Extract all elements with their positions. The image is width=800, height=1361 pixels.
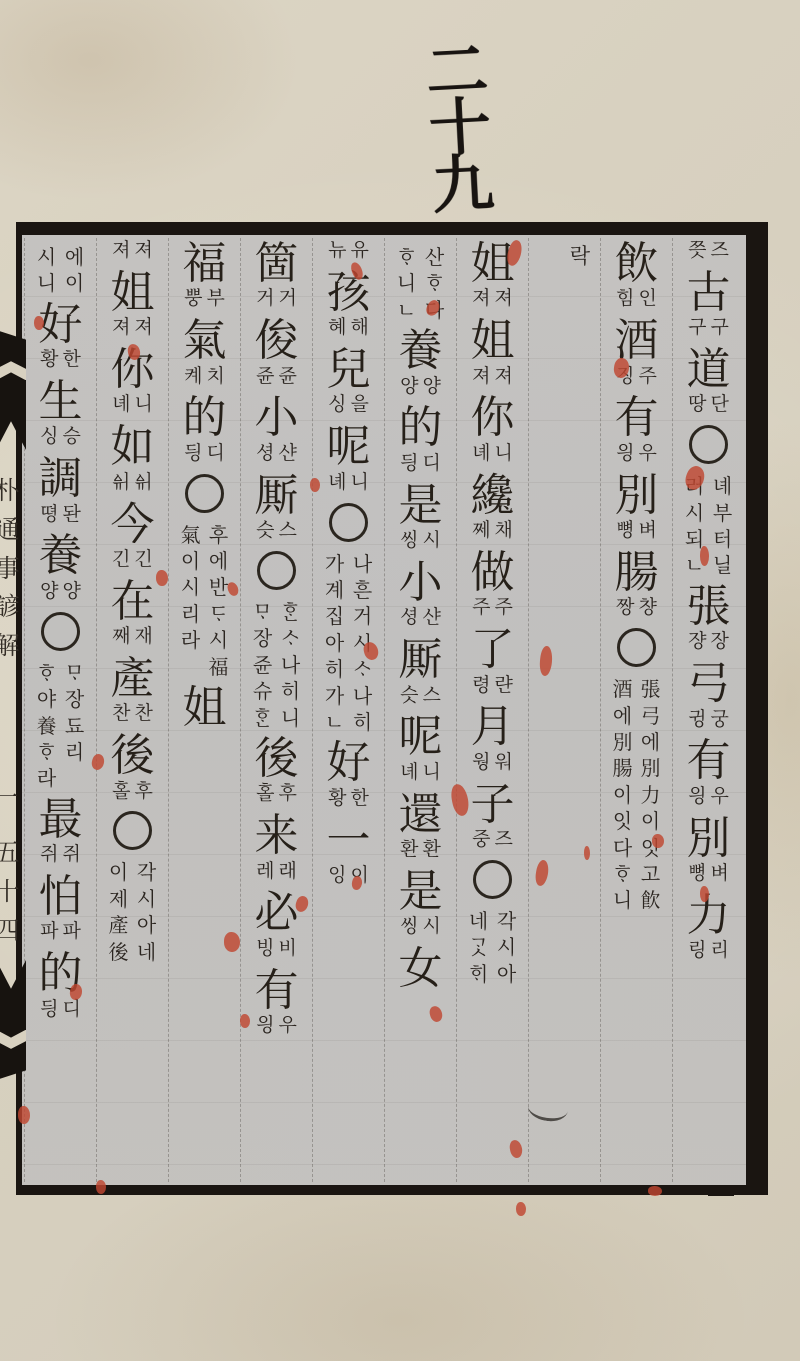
vermillion-mark <box>156 570 168 586</box>
translation-text: 氣이시리라후에반ᄃᆞ시福 <box>169 522 240 680</box>
vermillion-mark <box>310 478 320 492</box>
text-column-7: 箇거거俊쥰쥰小셩샨厮슷스ᄆᆞ장쥰슈ᄒᆞᆫᄒᆞᆫᄉᆞ나히니後홀후来레래必빙비有읭우 <box>240 238 312 1182</box>
wrapped-gloss-pair: 져져 <box>97 240 168 262</box>
hanzi-char: 是씽시 <box>385 482 456 552</box>
pronunciation-gloss-pair: 녜니 <box>313 472 384 494</box>
hanzi-char: 在째재 <box>97 578 168 648</box>
pronunciation-gloss-pair: 딍디 <box>25 999 96 1021</box>
pronunciation-gloss-pair: 쩨채 <box>457 520 528 542</box>
section-circle <box>185 474 224 513</box>
hanzi-char: 別뼝벼 <box>601 472 672 542</box>
pronunciation-gloss-pair: 뼝벼 <box>601 520 672 542</box>
pronunciation-gloss-pair: 징주 <box>601 366 672 388</box>
pronunciation-gloss-pair: 슷스 <box>241 520 312 542</box>
vermillion-mark <box>516 1202 526 1216</box>
section-circle <box>473 860 512 899</box>
hanzi-char: 小셩샨 <box>385 559 456 629</box>
translation-text: ᄆᆞ장쥰슈ᄒᆞᆫᄒᆞᆫᄉᆞ나히니 <box>241 599 312 731</box>
scanned-book-page: 二十九 쯧즈古구구道땅단러시되ㄴ녜부터닐張쟝장弓귕궁有읭우別뼝벼力링리飲힘인酒징… <box>0 0 800 1361</box>
pronunciation-gloss-pair: 땅단 <box>673 394 744 416</box>
pronunciation-gloss-pair: 읭우 <box>241 1015 312 1037</box>
hanzi-char: 養양양 <box>385 327 456 397</box>
pronunciation-gloss-pair: 쥐쥐 <box>25 844 96 866</box>
pronunciation-gloss-pair: 싱을 <box>313 394 384 416</box>
hanzi-char: 姐져져 <box>457 317 528 387</box>
hanzi-char: 產찬찬 <box>97 655 168 725</box>
pronunciation-gloss-pair: 켸치 <box>169 366 240 388</box>
hanzi-char: 了령랸 <box>457 626 528 696</box>
pronunciation-gloss-pair: 씽시 <box>385 916 456 938</box>
hanzi-char: 氣켸치 <box>169 317 240 387</box>
hanzi-char: 兒싱을 <box>313 346 384 416</box>
text-column-3: 락 <box>528 238 600 1182</box>
hanzi-char: 弓귕궁 <box>673 660 744 730</box>
text-column-9: 져져姐져져你녜니如ᅀᆔᅀᆔ今긴긴在째재產찬찬後홀후이제產後각시아네 <box>96 238 168 1182</box>
spine-volume-mark: 一 <box>0 782 22 816</box>
pronunciation-gloss-pair: 힘인 <box>601 288 672 310</box>
hanzi-char: 別뼝벼 <box>673 815 744 885</box>
hanzi-char: 姐져져 <box>97 269 168 339</box>
pronunciation-gloss-pair: 딍디 <box>385 453 456 475</box>
hanzi-char: 纔쩨채 <box>457 472 528 542</box>
section-circle <box>617 628 656 667</box>
hanzi-char: 道땅단 <box>673 346 744 416</box>
handwritten-folio-number: 二十九 <box>414 40 503 215</box>
translation-text: ᄒᆞ야養ᄒᆞ라ᄆᆞ장됴리 <box>25 660 96 792</box>
hanzi-char: 一잉이 <box>313 817 384 887</box>
hanzi-char: 怕파파 <box>25 873 96 943</box>
hanzi-char: 箇거거 <box>241 240 312 310</box>
vermillion-mark <box>700 546 709 566</box>
pronunciation-gloss-pair: 홀후 <box>97 781 168 803</box>
hanzi-char: 今긴긴 <box>97 501 168 571</box>
text-frame: 쯧즈古구구道땅단러시되ㄴ녜부터닐張쟝장弓귕궁有읭우別뼝벼力링리飲힘인酒징주有읭우… <box>16 222 768 1195</box>
pronunciation-gloss-pair: 홀후 <box>241 783 312 805</box>
hanzi-char: 的딍디 <box>25 950 96 1020</box>
pronunciation-gloss-pair: 째재 <box>97 626 168 648</box>
pronunciation-gloss-pair: 셩샨 <box>385 607 456 629</box>
vermillion-mark <box>584 846 590 860</box>
hanzi-char: 酒징주 <box>601 317 672 387</box>
spine-strip: 朴通事諺解 一 五十四 <box>0 222 28 1195</box>
wrapped-gloss-pair: 쯧즈 <box>673 240 744 262</box>
fishtail-icon <box>0 330 26 450</box>
pronunciation-gloss-pair: 환환 <box>385 839 456 861</box>
pronunciation-gloss-pair: 양양 <box>385 376 456 398</box>
text-column-4: 姐져져姐져져你녜니纔쩨채做주주了령랸月웡워子중즈네ᄀᆞᆺᄒᆡ각시아 <box>456 238 528 1182</box>
hanzi-char: 飲힘인 <box>601 240 672 310</box>
pronunciation-gloss-pair: 령랸 <box>457 675 528 697</box>
spine-page-number: 五十四 <box>0 834 22 950</box>
hanzi-char: 調뗭돤 <box>25 455 96 525</box>
hanzi-char: 厮슷스 <box>241 472 312 542</box>
hanzi-char: 如ᅀᆔᅀᆔ <box>97 423 168 493</box>
hanzi-char: 有읭우 <box>601 394 672 464</box>
hanzi-char: 張쟝장 <box>673 583 744 653</box>
hanzi-char: 好황한 <box>25 301 96 371</box>
pronunciation-gloss-pair: 쥰쥰 <box>241 366 312 388</box>
translation-text: 시니에이 <box>25 244 96 297</box>
vermillion-mark <box>18 1106 30 1124</box>
hanzi-char: 生싱승 <box>25 378 96 448</box>
hanzi-char: 的딍디 <box>169 394 240 464</box>
section-circle <box>689 425 728 464</box>
pronunciation-gloss-pair: 녜니 <box>97 394 168 416</box>
pronunciation-gloss-pair: 긴긴 <box>97 549 168 571</box>
vermillion-mark <box>648 1186 662 1196</box>
hanzi-char: 後홀후 <box>241 735 312 805</box>
hanzi-char: 是씽시 <box>385 868 456 938</box>
translation-text: ᄒᆞ니ㄴ산ᄒᆞ다 <box>385 244 456 323</box>
hanzi-char: 你녜니 <box>457 394 528 464</box>
vermillion-mark <box>240 1014 250 1028</box>
pronunciation-gloss-pair: ᅀᆔᅀᆔ <box>97 472 168 494</box>
vermillion-mark <box>652 834 664 848</box>
hanzi-char: 姐 <box>169 684 240 732</box>
hanzi-char: 来레래 <box>241 812 312 882</box>
pronunciation-gloss-pair: 져져 <box>457 366 528 388</box>
vermillion-mark <box>224 932 240 952</box>
pronunciation-gloss-pair: 읭우 <box>601 443 672 465</box>
pronunciation-gloss-pair: 슷스 <box>385 685 456 707</box>
section-circle <box>113 811 152 850</box>
hanzi-char: 還환환 <box>385 791 456 861</box>
text-column-5: ᄒᆞ니ㄴ산ᄒᆞ다養양양的딍디是씽시小셩샨厮슷스呢녜니還환환是씽시女 <box>384 238 456 1182</box>
pronunciation-gloss-pair: 져져 <box>97 317 168 339</box>
pronunciation-gloss-pair: 파파 <box>25 921 96 943</box>
pronunciation-gloss-pair: 빙비 <box>241 938 312 960</box>
pronunciation-gloss-pair: 황한 <box>313 788 384 810</box>
pronunciation-gloss-pair: 뼝벼 <box>673 863 744 885</box>
section-circle <box>329 503 368 542</box>
pronunciation-gloss-pair: 뿡부 <box>169 288 240 310</box>
vermillion-mark <box>34 316 44 330</box>
hanzi-char: 腸짱챵 <box>601 549 672 619</box>
spine-title: 朴通事諺解 <box>0 472 22 666</box>
hanzi-char: 小셩샨 <box>241 394 312 464</box>
hanzi-char: 最쥐쥐 <box>25 796 96 866</box>
hanzi-char: 古구구 <box>673 269 744 339</box>
hanzi-char: 養양양 <box>25 532 96 602</box>
pronunciation-gloss-pair: 황한 <box>25 349 96 371</box>
pronunciation-gloss-pair: 중즈 <box>457 829 528 851</box>
pronunciation-gloss-pair: 잉이 <box>313 865 384 887</box>
pronunciation-gloss-pair: 싱승 <box>25 426 96 448</box>
pronunciation-gloss-pair: 씽시 <box>385 530 456 552</box>
hanzi-char: 的딍디 <box>385 404 456 474</box>
pronunciation-gloss-pair: 주주 <box>457 597 528 619</box>
pronunciation-gloss-pair: 레래 <box>241 861 312 883</box>
hanzi-char: 女 <box>385 945 456 993</box>
hanzi-char: 力링리 <box>673 892 744 962</box>
hanzi-char: 有읭우 <box>673 737 744 807</box>
text-column-2: 飲힘인酒징주有읭우別뼝벼腸짱챵酒에別腸이잇다ᄒᆞ니張弓에別力이잇고飮 <box>600 238 672 1182</box>
section-circle <box>41 612 80 651</box>
overflow-syllable: 락 <box>529 240 600 270</box>
pronunciation-gloss-pair: 귕궁 <box>673 709 744 731</box>
pronunciation-gloss-pair: 구구 <box>673 317 744 339</box>
hanzi-char: 好황한 <box>313 739 384 809</box>
pronunciation-gloss-pair: 져져 <box>457 288 528 310</box>
hanzi-char: 厮슷스 <box>385 636 456 706</box>
pronunciation-gloss-pair: 셩샨 <box>241 443 312 465</box>
hanzi-char: 子중즈 <box>457 781 528 851</box>
pronunciation-gloss-pair: 링리 <box>673 940 744 962</box>
hanzi-char: 做주주 <box>457 549 528 619</box>
pronunciation-gloss-pair: 짱챵 <box>601 597 672 619</box>
pronunciation-gloss-pair: 혜해 <box>313 317 384 339</box>
pronunciation-gloss-pair: 녜니 <box>457 443 528 465</box>
pronunciation-gloss-pair: 양양 <box>25 581 96 603</box>
text-column-6: 뉴유孩혜해兒싱을呢녜니가계집아히가ㄴ나흔거시ᄉᆞ나히好황한一잉이 <box>312 238 384 1182</box>
pronunciation-gloss-pair: 찬찬 <box>97 703 168 725</box>
wrapped-gloss-pair: 뉴유 <box>313 240 384 262</box>
pronunciation-gloss-pair: 웡워 <box>457 752 528 774</box>
translation-text: 酒에別腸이잇다ᄒᆞ니張弓에別力이잇고飮 <box>601 676 672 914</box>
translation-text: 네ᄀᆞᆺᄒᆡ각시아 <box>457 908 528 987</box>
hanzi-char: 月웡워 <box>457 703 528 773</box>
hanzi-char: 後홀후 <box>97 732 168 802</box>
text-column-8: 福뿡부氣켸치的딍디氣이시리라후에반ᄃᆞ시福姐 <box>168 238 240 1182</box>
text-column-10: 시니에이好황한生싱승調뗭돤養양양ᄒᆞ야養ᄒᆞ라ᄆᆞ장됴리最쥐쥐怕파파的딍디 <box>24 238 96 1182</box>
hanzi-char: 有읭우 <box>241 967 312 1037</box>
pronunciation-gloss-pair: 읭우 <box>673 786 744 808</box>
translation-text: 러시되ㄴ녜부터닐 <box>673 473 744 579</box>
pronunciation-gloss-pair: 뗭돤 <box>25 504 96 526</box>
vermillion-mark <box>700 886 709 902</box>
vermillion-mark <box>96 1180 106 1194</box>
text-column-1: 쯧즈古구구道땅단러시되ㄴ녜부터닐張쟝장弓귕궁有읭우別뼝벼力링리 <box>672 238 744 1182</box>
hanzi-char: 福뿡부 <box>169 240 240 310</box>
section-circle <box>257 551 296 590</box>
pronunciation-gloss-pair: 거거 <box>241 288 312 310</box>
columns: 쯧즈古구구道땅단러시되ㄴ녜부터닐張쟝장弓귕궁有읭우別뼝벼力링리飲힘인酒징주有읭우… <box>24 238 744 1182</box>
hanzi-char: 孩혜해 <box>313 269 384 339</box>
hanzi-char: 呢녜니 <box>385 713 456 783</box>
translation-text: 이제產後각시아네 <box>97 859 168 965</box>
fishtail-icon <box>0 960 26 1080</box>
hanzi-char: 俊쥰쥰 <box>241 317 312 387</box>
hanzi-char: 呢녜니 <box>313 423 384 493</box>
pronunciation-gloss-pair: 녜니 <box>385 762 456 784</box>
pronunciation-gloss-pair: 딍디 <box>169 443 240 465</box>
pronunciation-gloss-pair: 쟝장 <box>673 631 744 653</box>
